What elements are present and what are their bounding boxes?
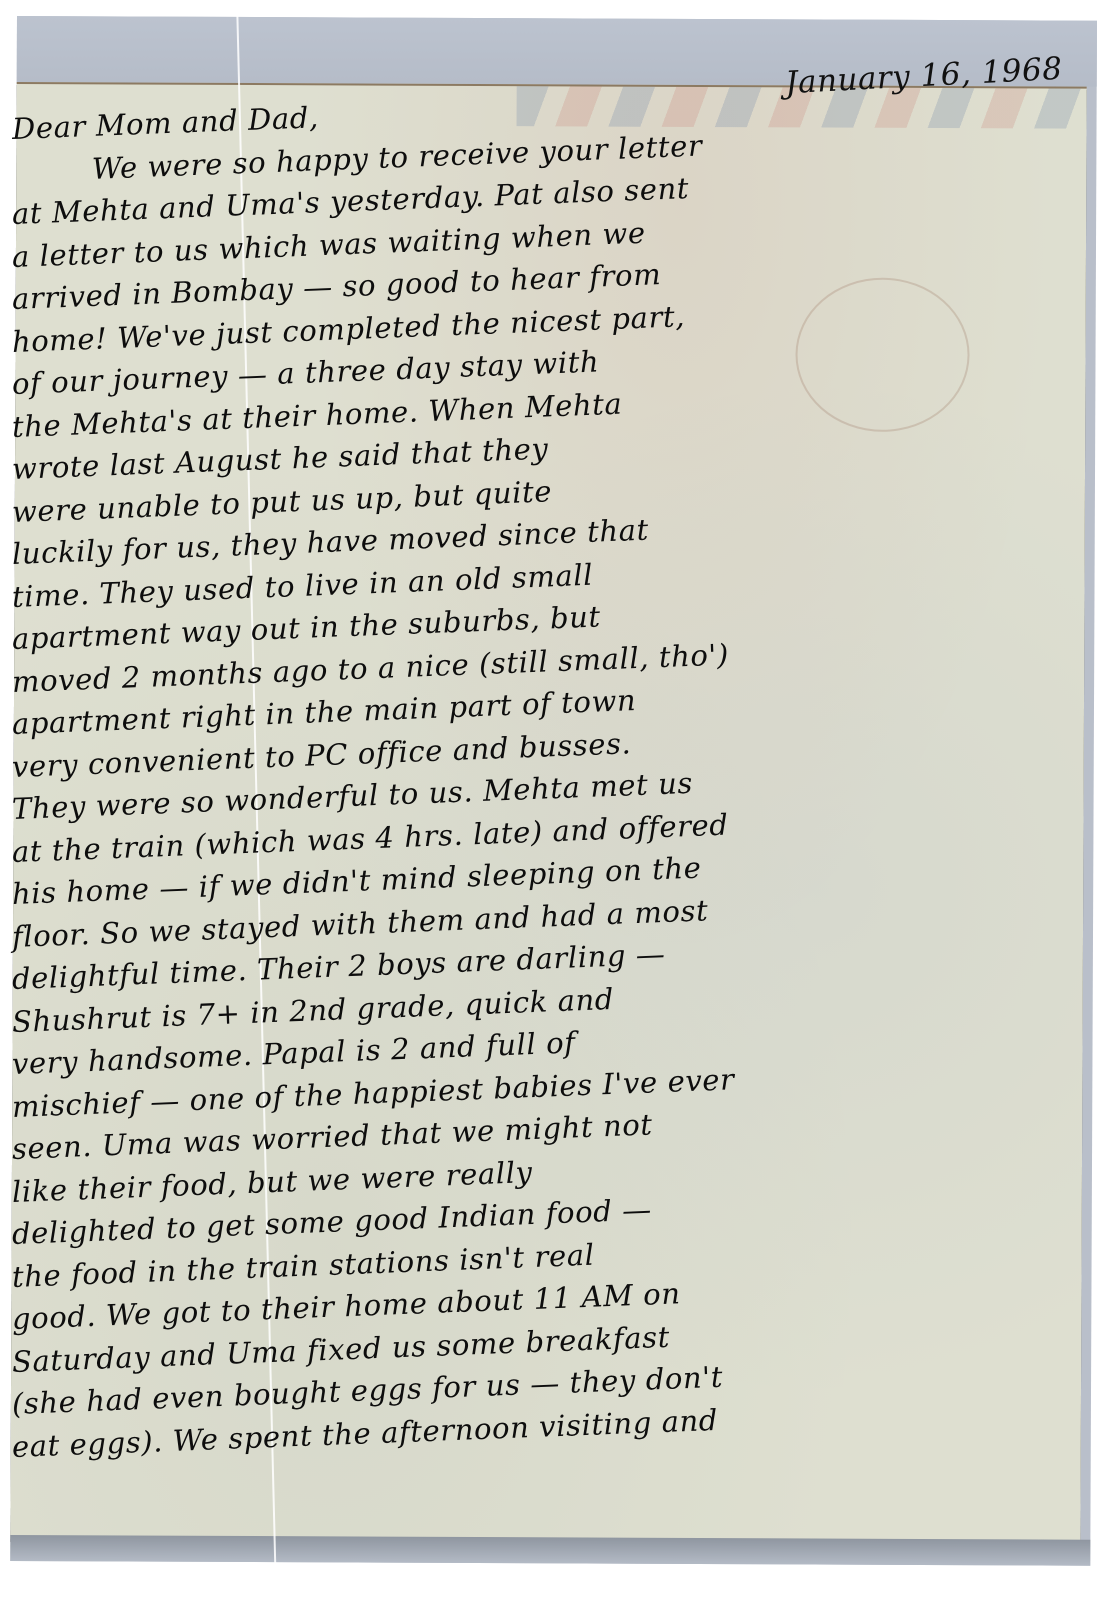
scanner-background-bottom <box>10 1535 1090 1566</box>
letter-body: Dear Mom and Dad, We were so happy to re… <box>12 108 1062 1468</box>
